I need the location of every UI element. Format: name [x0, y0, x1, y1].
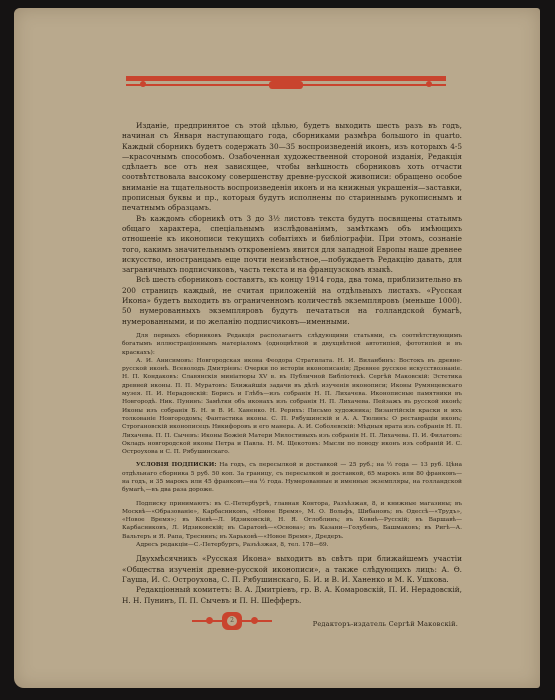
- paragraph-contents: Въ каждомъ сборникѣ отъ 3 до 3½ листовъ …: [122, 214, 462, 276]
- document-body: Изданіе, предпринятое съ этой цѣлью, буд…: [122, 121, 462, 628]
- editorial-address: Адресъ редакціи—С.-Петербургъ, Разъѣзжая…: [122, 541, 462, 549]
- rule-knot-icon: [140, 81, 146, 87]
- document-page: Изданіе, предпринятое съ этой цѣлью, буд…: [14, 8, 540, 688]
- subscription-terms: УСЛОВІЯ ПОДПИСКИ: На годъ, съ пересылкой…: [122, 461, 462, 494]
- rule-knot-icon: [426, 81, 432, 87]
- page-number-frame-icon: 2: [222, 612, 242, 630]
- ornament-dot-icon: [206, 617, 213, 624]
- editorial-committee: Редакціонный комитетъ: В. А. Дмитріевъ, …: [122, 585, 462, 606]
- rule-center-ornament-icon: [269, 81, 303, 89]
- page-number-ornament: 2: [192, 612, 272, 634]
- articles-list: А. И. Анисимовъ: Новгородская икона Феод…: [122, 357, 462, 457]
- paragraph-intro: Изданіе, предпринятое съ этой цѣлью, буд…: [122, 121, 462, 214]
- paragraph-volumes: Всѣ шесть сборниковъ составятъ, къ концу…: [122, 275, 462, 326]
- subscription-heading: УСЛОВІЯ ПОДПИСКИ:: [136, 461, 217, 468]
- participants-paragraph: Двухмѣсячникъ «Русская Икона» выходитъ в…: [122, 554, 462, 585]
- subscription-agents: Подписку принимаютъ: въ С.-Петербургѣ, г…: [122, 500, 462, 541]
- editor-signature: Редакторъ-издатель Сергѣй Маковскій.: [122, 620, 462, 628]
- page-number: 2: [227, 616, 237, 626]
- ornament-dot-icon: [251, 617, 258, 624]
- articles-intro: Для первыхъ сборниковъ Редакція располаг…: [122, 332, 462, 357]
- header-ornamental-rule: [126, 76, 446, 89]
